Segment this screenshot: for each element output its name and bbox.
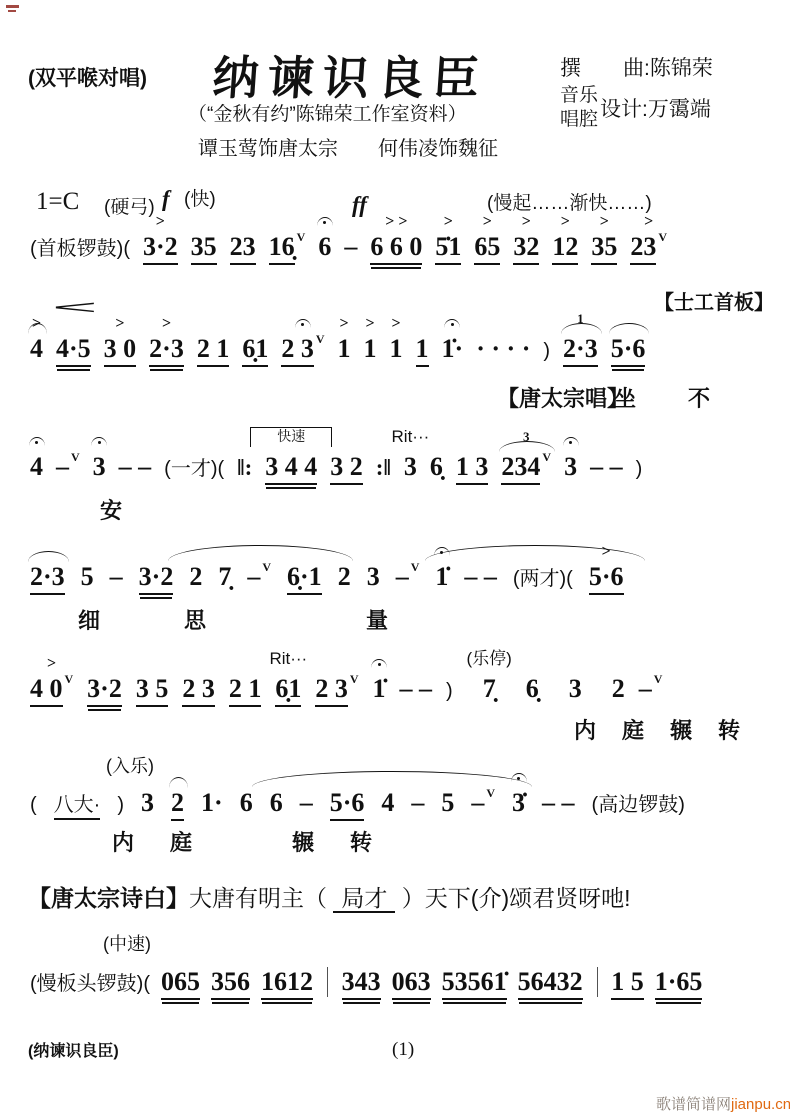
page-number: (1)	[392, 1039, 414, 1061]
credits-block: 撰 曲:陈锦荣 音乐 唱腔 设计:万霭端	[560, 52, 713, 132]
source-subtitle: （“金秋有约”陈锦荣工作室资料）	[188, 99, 467, 126]
lyric-row-2: 【唐太宗唱】坐不	[0, 382, 790, 414]
medium-tempo-label: (中速)	[103, 930, 151, 956]
music-line-1: (首板锣鼓)(3·2>352316̣V6–6 6 0> >5̇1>65>32>1…	[0, 232, 790, 265]
watermark-site-link[interactable]: jianpu.cn	[731, 1096, 790, 1113]
speech-underlined-term: 局才	[333, 885, 395, 913]
notation-row-6: (八大·)321·66–5·64–5–V3̇– –(高边锣鼓)	[0, 788, 790, 821]
music-line-4: 2·35–3·227̣–V6̣·123–V1̇– –(两才)(5·6> 细思量	[0, 562, 790, 595]
speech-line: 【唐太宗诗白】大唐有明主（ 局才 ）天下(介)颂君贤呀吔!	[28, 880, 631, 913]
music-line-6: (入乐) (八大·)321·66–5·64–5–V3̇– –(高边锣鼓) 内庭辗…	[0, 788, 790, 821]
cast-line: 谭玉莺饰唐太宗 何伟凌饰魏征	[198, 132, 498, 161]
notation-row-4: 2·35–3·227̣–V6̣·123–V1̇– –(两才)(5·6>	[0, 562, 790, 595]
watermark: 歌谱简谱网jianpu.cn	[656, 1093, 790, 1114]
speech-text-post: ）天下(介)颂君贤呀吔!	[395, 885, 630, 911]
section-label-shigong: 【士工首板】	[654, 286, 774, 315]
composer-credit: 撰 曲:陈锦荣	[560, 52, 713, 82]
lyric-row-3: 安	[0, 494, 790, 526]
enter-music-label: (入乐)	[106, 752, 154, 778]
watermark-site-name: 歌谱简谱网	[656, 1096, 731, 1113]
tempo-fast-label: (快)	[184, 184, 216, 211]
crescendo-hairpin: <	[52, 297, 98, 319]
notation-row-1: (首板锣鼓)(3·2>352316̣V6–6 6 0> >5̇1>65>32>1…	[0, 232, 790, 265]
music-line-7: (中速) (慢板头锣鼓)(0653561612|34306353561̇5643…	[0, 962, 790, 1000]
speaker-tag: 【唐太宗诗白】	[28, 885, 189, 911]
lyric-row-6: 内庭辗转	[0, 826, 790, 858]
notation-row-2: 4>4·53 0>2·3>2 16̣12 3V1>1>1>11̇·· · · ·…	[0, 334, 790, 367]
notation-row-5: 4 0>V3·23 52 32 16̣1Rit···2 3V1̇– –)7̣(乐…	[0, 674, 790, 707]
accel-label: (慢起……渐快……)	[487, 188, 652, 215]
designer-credit: 设计:万霭端	[600, 93, 711, 123]
credit-stack-bottom: 唱腔	[560, 108, 598, 132]
footer-piece-title: (纳谏识良臣)	[28, 1038, 119, 1061]
speech-text-pre: 大唐有明主（	[189, 885, 333, 911]
notation-row-3: 4–V3– –(一才)(‖:3 4 4快速3 2:‖3Rit···6̣1 323…	[0, 452, 790, 485]
music-line-2: < 【士工首板】 4>4·53 0>2·3>2 16̣12 3V1>1>1>11…	[0, 334, 790, 367]
notation-row-7: (慢板头锣鼓)(0653561612|34306353561̇56432|1 5…	[0, 962, 790, 1000]
key-signature: 1=C	[36, 188, 79, 216]
dynamic-ff: ff	[352, 192, 367, 218]
lyric-row-5: 内庭辗转	[0, 714, 790, 746]
duet-type-label: (双平喉对唱)	[28, 62, 147, 92]
music-design-credit: 音乐 唱腔 设计:万霭端	[560, 84, 713, 132]
credit-stack: 音乐 唱腔	[560, 84, 598, 132]
lyric-row-4: 细思量	[0, 604, 790, 636]
music-line-5: 4 0>V3·23 52 32 16̣1Rit···2 3V1̇– –)7̣(乐…	[0, 674, 790, 707]
dynamic-f: f	[162, 186, 170, 212]
bow-label: (硬弓)	[104, 192, 155, 219]
corner-print-mark	[6, 5, 19, 8]
music-line-3: 4–V3– –(一才)(‖:3 4 4快速3 2:‖3Rit···6̣1 323…	[0, 452, 790, 485]
credit-stack-top: 音乐	[560, 84, 598, 108]
